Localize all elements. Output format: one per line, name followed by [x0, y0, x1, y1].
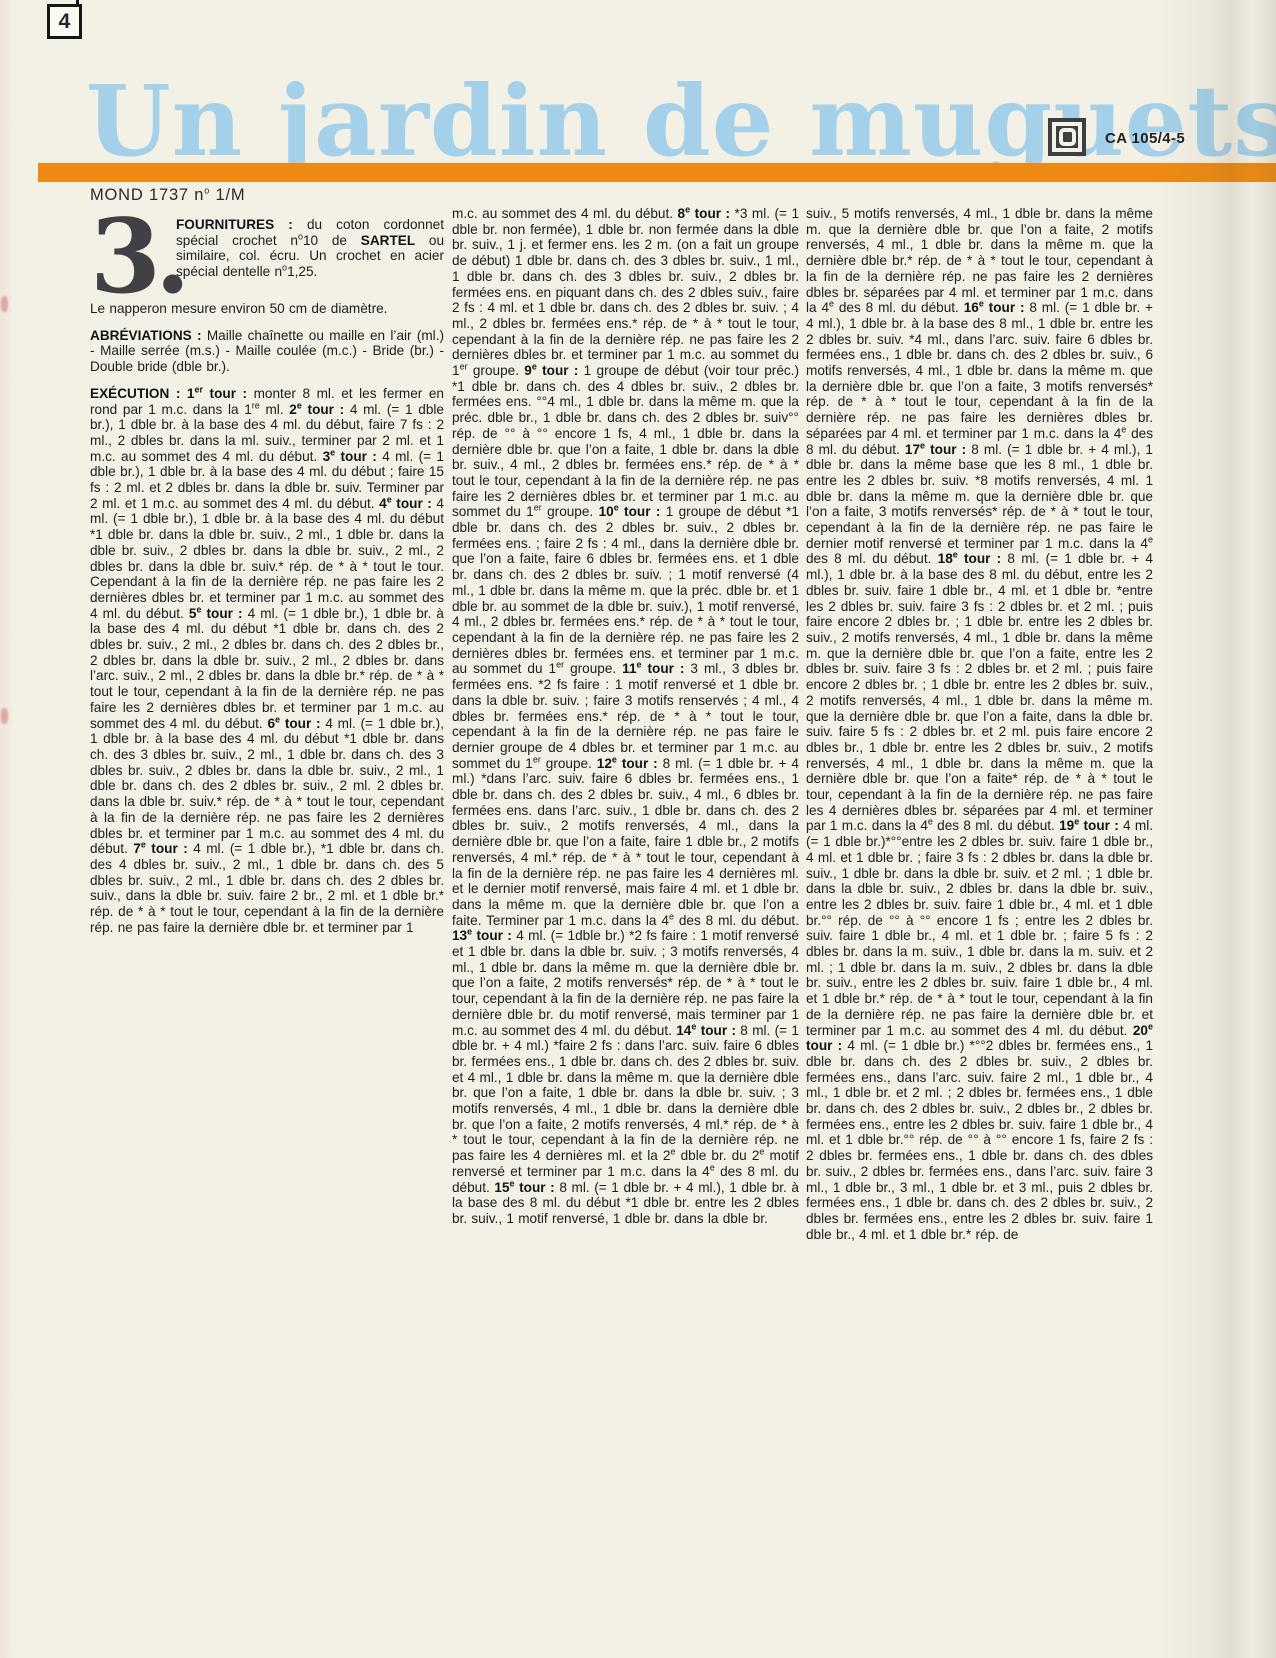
scan-artifact — [1, 296, 8, 312]
page-left-edge-shadow — [0, 0, 14, 1658]
page-title: Un jardin de muguets — [86, 73, 1276, 170]
fournitures-paragraph: FOURNITURES : du coton cordonnet spécial… — [176, 217, 444, 280]
orange-rule — [38, 163, 1276, 182]
napperon-paragraph: Le napperon mesure environ 50 cm de diam… — [90, 301, 444, 317]
column-2: m.c. au sommet des 4 ml. du début. 8e to… — [452, 206, 799, 1227]
page-number-badge: 4 — [47, 4, 82, 39]
page-number: 4 — [59, 10, 71, 34]
registration-icon — [1048, 118, 1086, 156]
execution-paragraph-col3: suiv., 5 motifs renversés, 4 ml., 1 dble… — [806, 206, 1153, 1242]
column-1: MOND 1737 no 1/M 3. FOURNITURES : du cot… — [90, 186, 444, 935]
column-3: suiv., 5 motifs renversés, 4 ml., 1 dble… — [806, 206, 1153, 1242]
execution-paragraph-col2: m.c. au sommet des 4 ml. du début. 8e to… — [452, 206, 799, 1227]
magazine-page: 4 Un jardin de muguets CA 105/4-5 MOND 1… — [0, 0, 1276, 1658]
fournitures-block: 3. FOURNITURES : du coton cordonnet spéc… — [90, 217, 444, 297]
catalog-ref: CA 105/4-5 — [1105, 130, 1185, 147]
section-number-dropcap: 3. — [90, 217, 176, 297]
execution-paragraph-col1: EXÉCUTION : 1er tour : monter 8 ml. et l… — [90, 386, 444, 936]
abreviations-paragraph: ABRÉVIATIONS : Maille chaînette ou maill… — [90, 328, 444, 375]
registration-icon-core — [1056, 126, 1078, 148]
page-right-edge-shadow — [1156, 0, 1276, 1658]
registration-icon-ring — [1059, 128, 1076, 146]
scan-artifact — [1, 708, 8, 724]
